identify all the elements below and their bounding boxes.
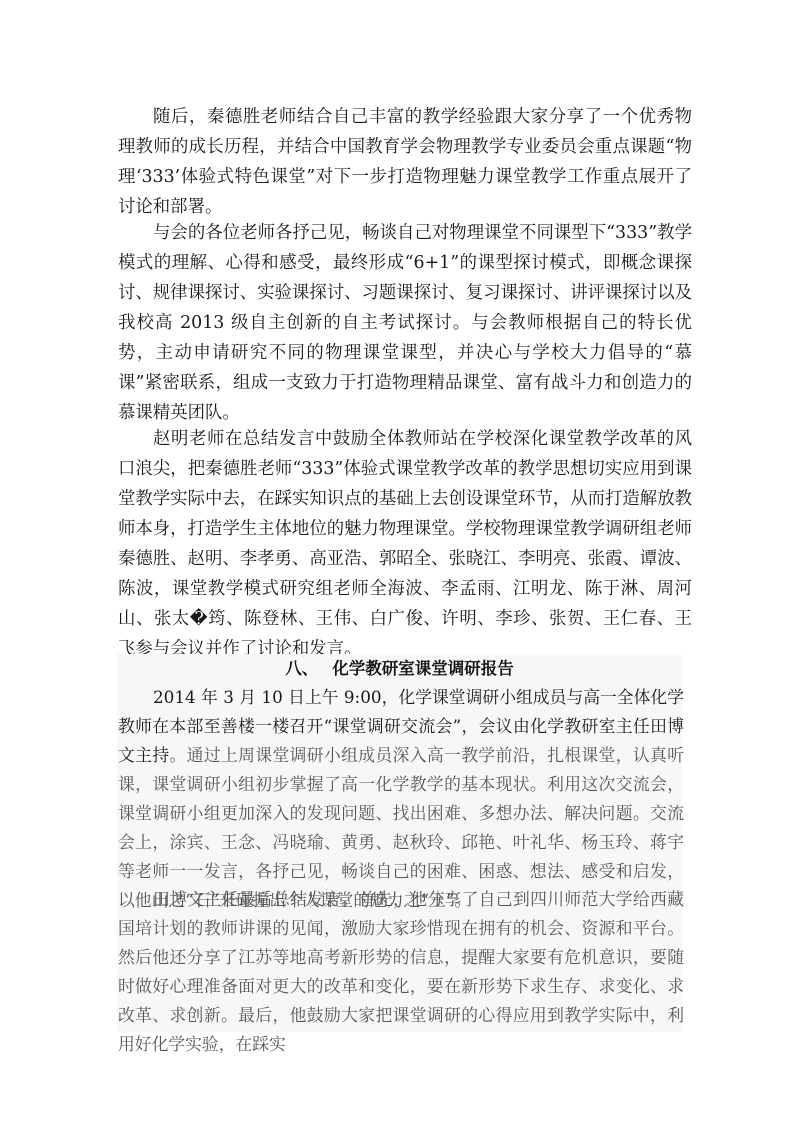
section-title: 化学教研室课堂调研报告: [332, 659, 514, 678]
paragraph-zhao-ming-summary: 赵明老师在总结发言中鼓励全体教师站在学校深化课堂教学改革的风口浪尖，把秦德胜老师…: [118, 424, 692, 664]
paragraph-chem-meeting: 2014 年 3 月 10 日上午 9:00，化学课堂调研小组成员与高一全体化学…: [118, 683, 684, 915]
section-number: 八、: [285, 659, 318, 678]
document-page: 随后，秦德胜老师结合自己丰富的教学经验跟大家分享了一个优秀物理教师的成长历程，并…: [0, 0, 800, 1130]
paragraph-tian-bowen-summary: 田博文主任最后总结发言。首先，他分享了自己到四川师范大学给西藏国培计划的教师讲课…: [118, 885, 684, 1059]
chemistry-section-heading: 八、化学教研室课堂调研报告: [117, 656, 682, 682]
paragraph-teacher-discussion: 与会的各位老师各抒己见，畅谈自己对物理课堂不同课型下“333”教学模式的理解、心…: [118, 218, 692, 428]
paragraph-qin-desheng-sharing: 随后，秦德胜老师结合自己丰富的教学经验跟大家分享了一个优秀物理教师的成长历程，并…: [118, 102, 692, 222]
